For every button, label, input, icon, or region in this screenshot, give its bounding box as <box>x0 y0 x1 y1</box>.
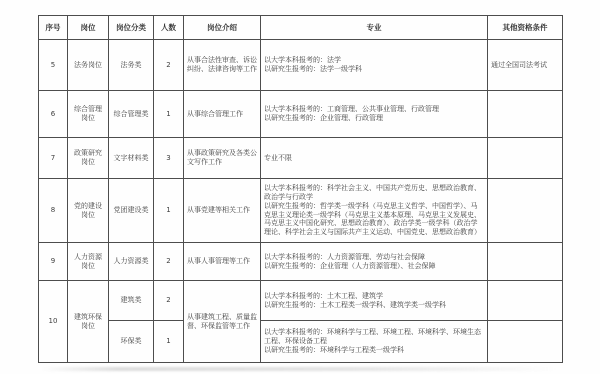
major-line: 以大学本科报考的：土木工程、建筑学 <box>264 292 484 301</box>
cell-post: 政策研究岗位 <box>68 138 109 179</box>
cell-post: 建筑环保岗位 <box>68 281 109 363</box>
cell-serial: 8 <box>39 179 68 243</box>
header-serial: 序号 <box>39 16 68 40</box>
cell-count: 3 <box>154 138 184 179</box>
cell-intro: 从事建筑工程、质量监督、环保监管等工作 <box>184 281 261 363</box>
major-line: 以研究生报考的：企业管理、行政管理 <box>264 114 484 123</box>
scan-artifact <box>40 367 560 371</box>
cell-other-conditions <box>488 321 563 363</box>
cell-intro: 从事党建等相关工作 <box>184 179 261 243</box>
cell-count: 2 <box>154 281 184 321</box>
cell-other-conditions <box>488 281 563 321</box>
cell-category: 文字材料类 <box>109 138 154 179</box>
cell-category: 环保类 <box>109 321 154 363</box>
header-count: 人数 <box>154 16 184 40</box>
table-row: 环保类 1 以大学本科报考的：环境科学与工程、环境工程、环境科学、环境生态工程、… <box>39 321 563 363</box>
cell-other-conditions: 通过全国司法考试 <box>488 40 563 91</box>
cell-serial: 9 <box>39 243 68 281</box>
cell-category: 综合管理类 <box>109 91 154 138</box>
cell-other-conditions <box>488 243 563 281</box>
major-line: 以大学本科报考的：人力资源管理、劳动与社会保障 <box>264 253 484 262</box>
header-other-conditions: 其他资格条件 <box>488 16 563 40</box>
cell-post: 法务岗位 <box>68 40 109 91</box>
major-line: 以大学本科报考的：科学社会主义、中国共产党历史、思想政治教育、政治学与行政学 <box>264 184 484 202</box>
job-positions-table: 序号 岗位 岗位分类 人数 岗位介绍 专业 其他资格条件 5 法务岗位 法务类 … <box>38 15 563 363</box>
cell-serial: 6 <box>39 91 68 138</box>
cell-major: 以大学本科报考的：工商管理、公共事业管理、行政管理 以研究生报考的：企业管理、行… <box>261 91 488 138</box>
cell-intro: 从事合法性审查、诉讼纠纷、法律咨询等工作 <box>184 40 261 91</box>
cell-count: 1 <box>154 321 184 363</box>
major-line: 以研究生报考的：哲学类一级学科（马克思主义哲学、中国哲学）、马克思主义理论类一级… <box>264 202 484 237</box>
cell-intro: 从事综合管理工作 <box>184 91 261 138</box>
header-post: 岗位 <box>68 16 109 40</box>
header-category: 岗位分类 <box>109 16 154 40</box>
cell-other-conditions <box>488 179 563 243</box>
cell-count: 1 <box>154 91 184 138</box>
major-line: 以研究生报考的：土木工程类一级学科、建筑学类一级学科 <box>264 301 484 310</box>
document-page: 序号 岗位 岗位分类 人数 岗位介绍 专业 其他资格条件 5 法务岗位 法务类 … <box>0 0 600 374</box>
cell-post: 人力资源岗位 <box>68 243 109 281</box>
cell-category: 人力资源类 <box>109 243 154 281</box>
header-intro: 岗位介绍 <box>184 16 261 40</box>
cell-serial: 5 <box>39 40 68 91</box>
cell-intro: 从事政策研究及各类公文写作工作 <box>184 138 261 179</box>
major-line: 以研究生报考的：环境科学与工程类一级学科 <box>264 346 484 355</box>
table-row: 8 党的建设岗位 党团建设类 1 从事党建等相关工作 以大学本科报考的：科学社会… <box>39 179 563 243</box>
major-line: 以研究生报考的：法学一级学科 <box>264 65 484 74</box>
cell-major: 以大学本科报考的：法学 以研究生报考的：法学一级学科 <box>261 40 488 91</box>
cell-major: 以大学本科报考的：人力资源管理、劳动与社会保障 以研究生报考的：企业管理（人力资… <box>261 243 488 281</box>
major-line: 专业不限 <box>264 154 484 163</box>
cell-post: 党的建设岗位 <box>68 179 109 243</box>
table-row: 6 综合管理岗位 综合管理类 1 从事综合管理工作 以大学本科报考的：工商管理、… <box>39 91 563 138</box>
cell-other-conditions <box>488 138 563 179</box>
cell-major: 专业不限 <box>261 138 488 179</box>
major-line: 以大学本科报考的：法学 <box>264 56 484 65</box>
major-line: 以研究生报考的：企业管理（人力资源管理）、社会保障 <box>264 262 484 271</box>
cell-major: 以大学本科报考的：土木工程、建筑学 以研究生报考的：土木工程类一级学科、建筑学类… <box>261 281 488 321</box>
table-row: 10 建筑环保岗位 建筑类 2 从事建筑工程、质量监督、环保监管等工作 以大学本… <box>39 281 563 321</box>
cell-count: 1 <box>154 179 184 243</box>
cell-category: 党团建设类 <box>109 179 154 243</box>
cell-major: 以大学本科报考的：科学社会主义、中国共产党历史、思想政治教育、政治学与行政学 以… <box>261 179 488 243</box>
header-major: 专业 <box>261 16 488 40</box>
cell-category: 建筑类 <box>109 281 154 321</box>
cell-count: 2 <box>154 243 184 281</box>
major-line: 以大学本科报考的：工商管理、公共事业管理、行政管理 <box>264 105 484 114</box>
cell-intro: 从事人事管理等工作 <box>184 243 261 281</box>
cell-serial: 10 <box>39 281 68 363</box>
major-line: 以大学本科报考的：环境科学与工程、环境工程、环境科学、环境生态工程、环保设备工程 <box>264 328 484 346</box>
table-row: 5 法务岗位 法务类 2 从事合法性审查、诉讼纠纷、法律咨询等工作 以大学本科报… <box>39 40 563 91</box>
cell-count: 2 <box>154 40 184 91</box>
table-header-row: 序号 岗位 岗位分类 人数 岗位介绍 专业 其他资格条件 <box>39 16 563 40</box>
table-row: 9 人力资源岗位 人力资源类 2 从事人事管理等工作 以大学本科报考的：人力资源… <box>39 243 563 281</box>
table-row: 7 政策研究岗位 文字材料类 3 从事政策研究及各类公文写作工作 专业不限 <box>39 138 563 179</box>
cell-other-conditions <box>488 91 563 138</box>
cell-post: 综合管理岗位 <box>68 91 109 138</box>
cell-category: 法务类 <box>109 40 154 91</box>
cell-serial: 7 <box>39 138 68 179</box>
cell-major: 以大学本科报考的：环境科学与工程、环境工程、环境科学、环境生态工程、环保设备工程… <box>261 321 488 363</box>
